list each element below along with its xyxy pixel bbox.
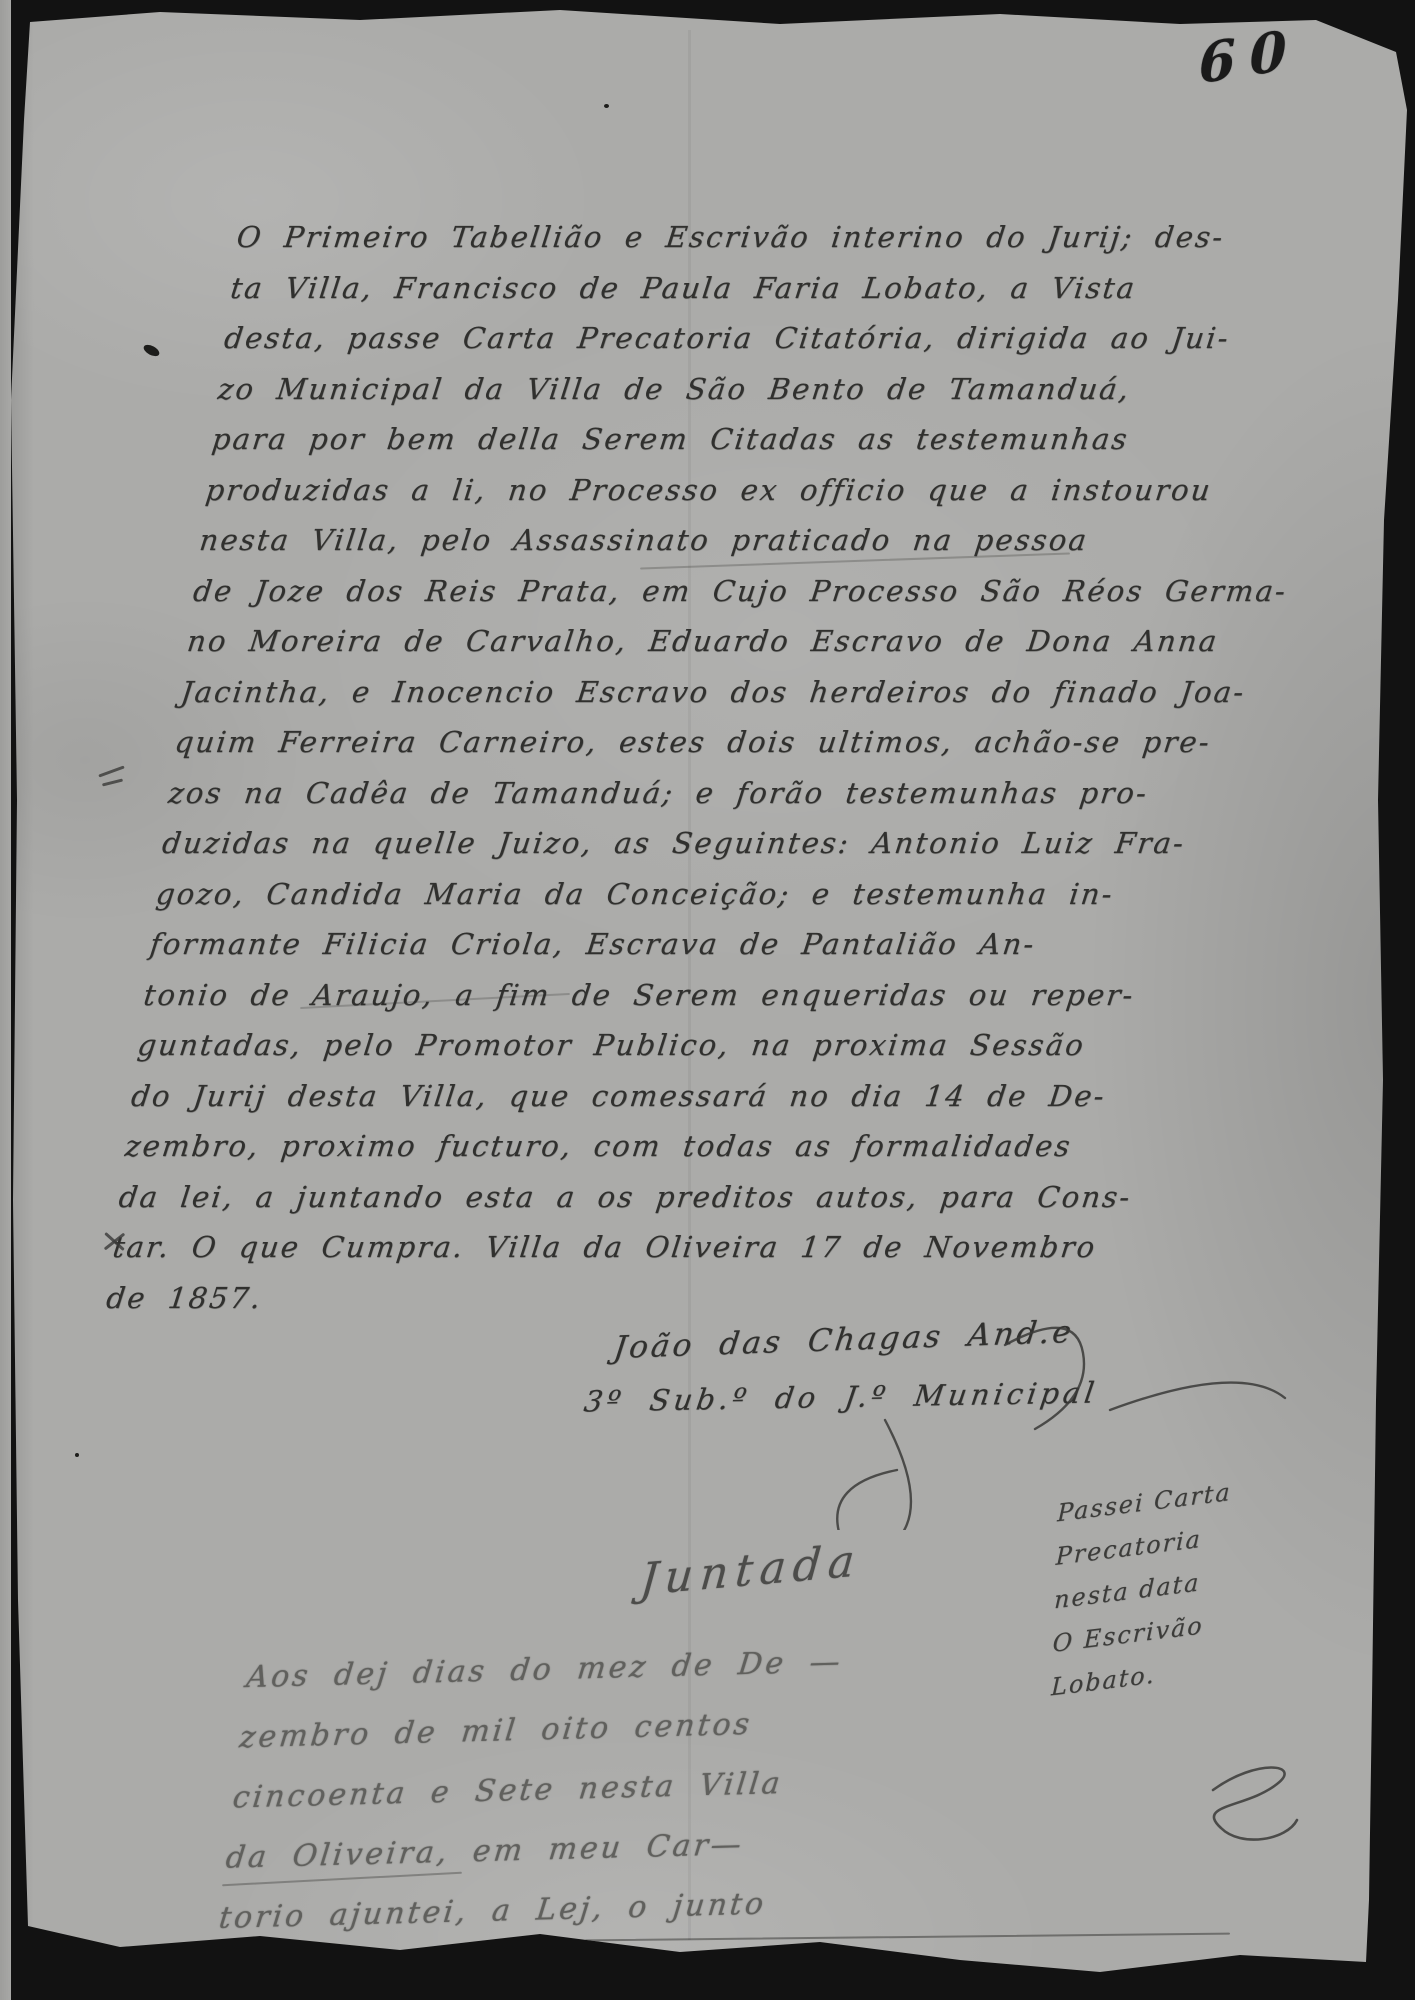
manuscript-line: zembro, proximo fucturo, com todas as fo… — [122, 1121, 1288, 1172]
scribe-rubric-flourish — [1185, 1758, 1325, 1868]
manuscript-line: de Joze dos Reis Prata, em Cujo Processo… — [190, 566, 1356, 617]
scanned-manuscript-page: { "page": { "folio_number": "60", "langu… — [0, 0, 1415, 2000]
manuscript-body: O Primeiro Tabellião e Escrivão interino… — [104, 212, 1400, 1323]
juntada-heading: Juntada — [638, 1535, 863, 1606]
ink-blot — [142, 343, 161, 359]
manuscript-line: nesta Villa, pelo Assassinato praticado … — [197, 515, 1363, 566]
manuscript-line: para por bem della Serem Citadas as test… — [209, 414, 1375, 465]
folio-number: 60 — [1198, 16, 1301, 97]
manuscript-line: ta Villa, Francisco de Paula Faria Lobat… — [228, 263, 1394, 314]
manuscript-line: zo Municipal da Villa de São Bento de Ta… — [215, 364, 1381, 415]
manuscript-line: produzidas a li, no Processo ex officio … — [203, 465, 1369, 516]
margin-mark — [102, 779, 123, 787]
manuscript-line: Jacintha, e Inocencio Escravo dos herdei… — [178, 667, 1344, 718]
margin-mark — [98, 765, 124, 777]
ink-speck — [75, 1453, 79, 1457]
manuscript-line: formante Filicia Criola, Escrava de Pant… — [147, 919, 1313, 970]
manuscript-line: da lei, a juntando esta a os preditos au… — [116, 1172, 1282, 1223]
manuscript-line: duzidas na quelle Juizo, as Seguintes: A… — [159, 818, 1325, 869]
manuscript-line: no Moreira de Carvalho, Eduardo Escravo … — [184, 616, 1350, 667]
manuscript-line: tar. O que Cumpra. Villa da Oliveira 17 … — [110, 1222, 1276, 1273]
manuscript-line: guntadas, pelo Promotor Publico, na prox… — [135, 1020, 1301, 1071]
manuscript-line: zos na Cadêa de Tamanduá; e forão testem… — [166, 768, 1332, 819]
manuscript-line: desta, passe Carta Precatoria Citatória,… — [221, 313, 1387, 364]
margin-note: Passei Carta Precatoria nesta data O Esc… — [1050, 1455, 1355, 1709]
juntada-record: Aos dej dias do mez de De — zembro de mi… — [216, 1628, 1010, 1949]
manuscript-line: O Primeiro Tabellião e Escrivão interino… — [234, 212, 1400, 263]
manuscript-paper: 60 O Primeiro Tabellião e Escrivão inter… — [0, 0, 1415, 2000]
manuscript-line: do Jurij desta Villa, que comessará no d… — [128, 1071, 1294, 1122]
manuscript-line: gozo, Candida Maria da Conceição; e test… — [153, 869, 1319, 920]
manuscript-line: tonio de Araujo, a fim de Serem enquerid… — [141, 970, 1307, 1021]
manuscript-line: quim Ferreira Carneiro, estes dois ultim… — [172, 717, 1338, 768]
ink-speck — [604, 104, 609, 108]
adjacent-page-edge — [0, 0, 11, 2000]
